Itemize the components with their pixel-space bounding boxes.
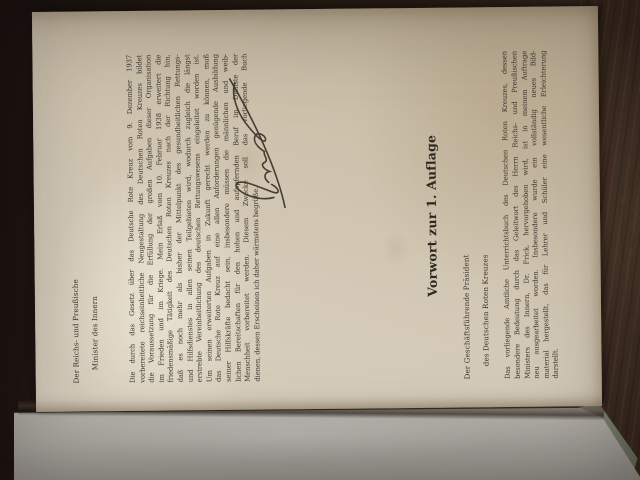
frick-signature: [225, 73, 288, 214]
photo-background: Der Reichs- und Preußische Minister des …: [0, 0, 640, 480]
text-line: darstellt.: [549, 50, 562, 378]
letterhead-minister-line2: Minister des Innern: [87, 42, 99, 370]
letterhead-minister-line1: Der Reichs- und Preußische: [68, 56, 80, 384]
letterhead-president-line2: des Deutschen Roten Kreuzes: [478, 38, 490, 366]
page-content: Der Reichs- und Preußische Minister des …: [68, 50, 576, 383]
vorwort-paragraph-2: Der Unterrichtsstoff ist so zusammengest…: [616, 49, 640, 377]
vorwort-heading: Vorwort zur 1. Auflage: [423, 52, 441, 380]
vorwort-paragraph-1: Das vorliegende Amtliche Unterrichtsbuch…: [501, 50, 562, 379]
letterhead-president-line1: Der Geschäftsführende Präsident: [460, 51, 472, 379]
book-page: Der Reichs- und Preußische Minister des …: [32, 6, 602, 412]
